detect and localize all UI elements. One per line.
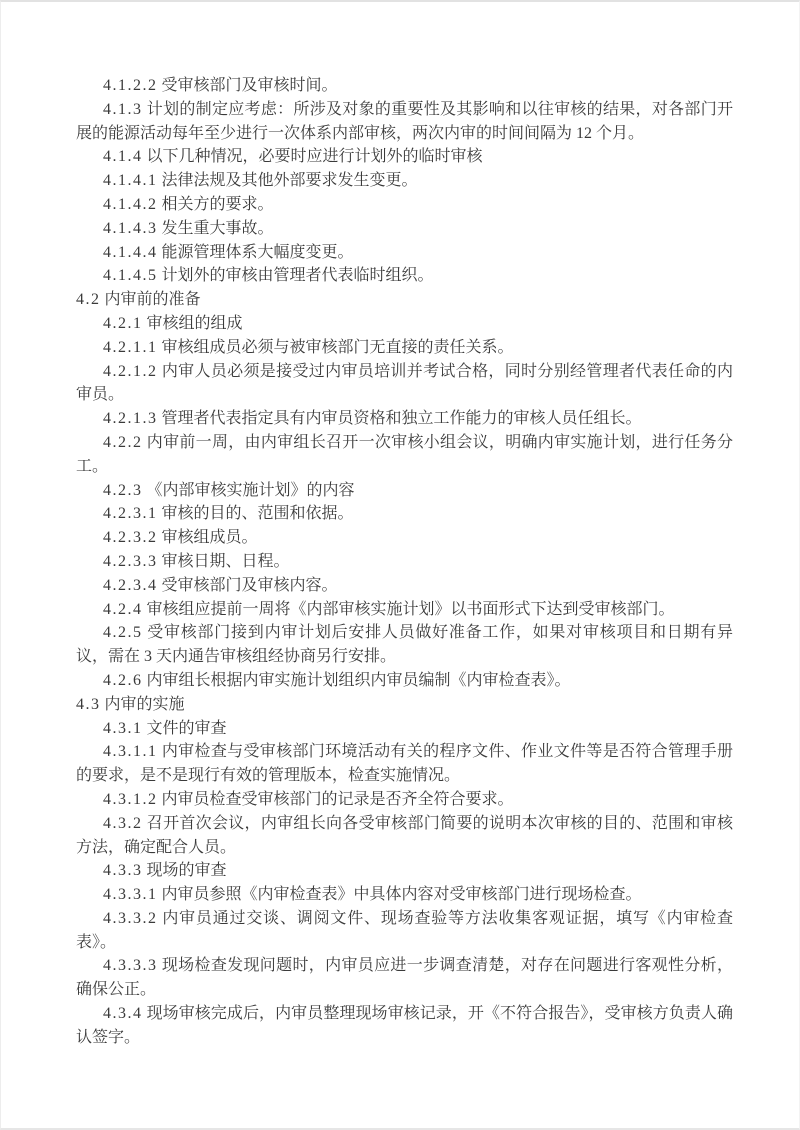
clause-paragraph-4.2.6: 4.2.6 内审组长根据内审实施计划组织内审员编制《内审检查表》。	[76, 669, 733, 693]
clause-text: 文件的审查	[147, 720, 227, 737]
clause-paragraph-4.3.1.2: 4.3.1.2 内审员检查受审核部门的记录是否齐全符合要求。	[76, 788, 733, 812]
clause-text: 现场审核完成后，内审员整理现场审核记录，开《不符合报告》，受审核方负责人确认签字…	[76, 1005, 733, 1046]
clause-paragraph-4.2.1: 4.2.1 审核组的组成	[76, 312, 733, 336]
clause-text: 内审人员必须是接受过内审员培训并考试合格，同时分别经管理者代表任命的内审员。	[76, 363, 733, 404]
clause-text: 现场检查发现问题时，内审员应进一步调查清楚，对存在问题进行客观性分析，确保公正。	[76, 957, 733, 998]
clause-text: 内审检查与受审核部门环境活动有关的程序文件、作业文件等是否符合管理手册的要求，是…	[76, 743, 733, 784]
clause-paragraph-4.3.3.2: 4.3.3.2 内审员通过交谈、调阅文件、现场查验等方法收集客观证据，填写《内审…	[76, 907, 733, 955]
clause-number: 4.1.4.5	[103, 267, 158, 284]
clause-number: 4.2.3	[103, 482, 143, 499]
clause-number: 4.2	[76, 291, 101, 308]
clause-number: 4.2.5	[103, 624, 143, 641]
clause-number: 4.3.4	[103, 1005, 143, 1022]
clause-text: 计划外的审核由管理者代表临时组织。	[162, 267, 434, 284]
clause-text: 内审员检查受审核部门的记录是否齐全符合要求。	[162, 791, 514, 808]
clause-paragraph-4.1.2.2: 4.1.2.2 受审核部门及审核时间。	[76, 74, 733, 98]
clause-text: 法律法规及其他外部要求发生变更。	[162, 172, 418, 189]
clause-text: 审核组的组成	[147, 315, 243, 332]
clause-text: 召开首次会议，内审组长向各受审核部门简要的说明本次审核的目的、范围和审核方法，确…	[76, 815, 733, 856]
clause-text: 审核组应提前一周将《内部审核实施计划》以书面形式下达到受审核部门。	[147, 601, 675, 618]
clause-number: 4.2.3.3	[103, 553, 158, 570]
clause-number: 4.3.1	[103, 720, 143, 737]
clause-paragraph-4.2.3.1: 4.2.3.1 审核的目的、范围和依据。	[76, 502, 733, 526]
clause-number: 4.1.2.2	[103, 77, 158, 94]
clause-text: 以下几种情况，必要时应进行计划外的临时审核	[147, 148, 483, 165]
clause-paragraph-4.3.4: 4.3.4 现场审核完成后，内审员整理现场审核记录，开《不符合报告》，受审核方负…	[76, 1002, 733, 1050]
document-body: 4.1.2.2 受审核部门及审核时间。4.1.3 计划的制定应考虑：所涉及对象的…	[1, 2, 799, 1050]
clause-paragraph-4.2.3.2: 4.2.3.2 审核组成员。	[76, 526, 733, 550]
clause-paragraph-4.1.4.3: 4.1.4.3 发生重大事故。	[76, 217, 733, 241]
clause-text: 受审核部门接到内审计划后安排人员做好准备工作，如果对审核项目和日期有异议，需在 …	[76, 624, 733, 665]
clause-text: 内审组长根据内审实施计划组织内审员编制《内审检查表》。	[147, 672, 571, 689]
clause-text: 审核组成员必须与被审核部门无直接的责任关系。	[162, 339, 514, 356]
clause-paragraph-4.3.3: 4.3.3 现场的审查	[76, 859, 733, 883]
clause-text: 发生重大事故。	[162, 220, 274, 237]
clause-number: 4.3.3.1	[103, 886, 158, 903]
clause-text: 相关方的要求。	[162, 196, 274, 213]
clause-number: 4.2.3.1	[103, 505, 158, 522]
clause-text: 受审核部门及审核时间。	[162, 77, 338, 94]
clause-paragraph-4.1.4.1: 4.1.4.1 法律法规及其他外部要求发生变更。	[76, 169, 733, 193]
clause-text: 审核的目的、范围和依据。	[162, 505, 354, 522]
clause-number: 4.2.3.2	[103, 529, 158, 546]
clause-text: 管理者代表指定具有内审员资格和独立工作能力的审核人员任组长。	[162, 410, 642, 427]
clause-text: 审核日期、日程。	[162, 553, 290, 570]
document-page: 4.1.2.2 受审核部门及审核时间。4.1.3 计划的制定应考虑：所涉及对象的…	[0, 0, 800, 1130]
clause-paragraph-4.2.5: 4.2.5 受审核部门接到内审计划后安排人员做好准备工作，如果对审核项目和日期有…	[76, 621, 733, 669]
clause-text: 内审前的准备	[105, 291, 201, 308]
clause-paragraph-4.3.1: 4.3.1 文件的审查	[76, 717, 733, 741]
clause-paragraph-4.3.2: 4.3.2 召开首次会议，内审组长向各受审核部门简要的说明本次审核的目的、范围和…	[76, 812, 733, 860]
clause-paragraph-4.1.4.2: 4.1.4.2 相关方的要求。	[76, 193, 733, 217]
clause-paragraph-4.2.2: 4.2.2 内审前一周，由内审组长召开一次审核小组会议，明确内审实施计划，进行任…	[76, 431, 733, 479]
clause-paragraph-4.1.4.4: 4.1.4.4 能源管理体系大幅度变更。	[76, 241, 733, 265]
clause-paragraph-4.3.3.1: 4.3.3.1 内审员参照《内审检查表》中具体内容对受审核部门进行现场检查。	[76, 883, 733, 907]
clause-number: 4.2.1.2	[103, 363, 158, 380]
clause-paragraph-4.2.3.3: 4.2.3.3 审核日期、日程。	[76, 550, 733, 574]
clause-text: 内审员通过交谈、调阅文件、现场查验等方法收集客观证据，填写《内审检查表》。	[76, 910, 733, 951]
clause-number: 4.3.1.2	[103, 791, 158, 808]
clause-paragraph-4.2.4: 4.2.4 审核组应提前一周将《内部审核实施计划》以书面形式下达到受审核部门。	[76, 598, 733, 622]
clause-number: 4.1.3	[103, 101, 143, 118]
clause-text: 内审员参照《内审检查表》中具体内容对受审核部门进行现场检查。	[162, 886, 642, 903]
clause-paragraph-4.3.1.1: 4.3.1.1 内审检查与受审核部门环境活动有关的程序文件、作业文件等是否符合管…	[76, 740, 733, 788]
clause-number: 4.2.1.1	[103, 339, 158, 356]
clause-paragraph-4.3.3.3: 4.3.3.3 现场检查发现问题时，内审员应进一步调查清楚，对存在问题进行客观性…	[76, 954, 733, 1002]
clause-paragraph-4.3: 4.3 内审的实施	[76, 693, 733, 717]
clause-number: 4.1.4.4	[103, 244, 158, 261]
clause-text: 能源管理体系大幅度变更。	[162, 244, 354, 261]
clause-number: 4.2.3.4	[103, 577, 158, 594]
clause-number: 4.2.1	[103, 315, 143, 332]
clause-number: 4.1.4.3	[103, 220, 158, 237]
clause-paragraph-4.2: 4.2 内审前的准备	[76, 288, 733, 312]
clause-text: 受审核部门及审核内容。	[162, 577, 338, 594]
clause-text: 内审的实施	[105, 696, 185, 713]
clause-number: 4.2.1.3	[103, 410, 158, 427]
clause-text: 现场的审查	[147, 862, 227, 879]
clause-paragraph-4.2.3: 4.2.3 《内部审核实施计划》的内容	[76, 479, 733, 503]
clause-text: 审核组成员。	[162, 529, 258, 546]
clause-paragraph-4.1.3: 4.1.3 计划的制定应考虑：所涉及对象的重要性及其影响和以往审核的结果，对各部…	[76, 98, 733, 146]
clause-number: 4.1.4	[103, 148, 143, 165]
clause-number: 4.2.2	[103, 434, 143, 451]
clause-number: 4.3.3.2	[103, 910, 158, 927]
clause-number: 4.3	[76, 696, 101, 713]
clause-paragraph-4.1.4.5: 4.1.4.5 计划外的审核由管理者代表临时组织。	[76, 264, 733, 288]
clause-text: 《内部审核实施计划》的内容	[147, 482, 355, 499]
clause-paragraph-4.1.4: 4.1.4 以下几种情况，必要时应进行计划外的临时审核	[76, 145, 733, 169]
clause-number: 4.2.6	[103, 672, 143, 689]
clause-paragraph-4.2.1.2: 4.2.1.2 内审人员必须是接受过内审员培训并考试合格，同时分别经管理者代表任…	[76, 360, 733, 408]
clause-number: 4.3.3.3	[103, 957, 158, 974]
clause-paragraph-4.2.1.1: 4.2.1.1 审核组成员必须与被审核部门无直接的责任关系。	[76, 336, 733, 360]
clause-number: 4.3.1.1	[103, 743, 158, 760]
clause-paragraph-4.2.1.3: 4.2.1.3 管理者代表指定具有内审员资格和独立工作能力的审核人员任组长。	[76, 407, 733, 431]
clause-number: 4.1.4.1	[103, 172, 158, 189]
clause-number: 4.1.4.2	[103, 196, 158, 213]
clause-paragraph-4.2.3.4: 4.2.3.4 受审核部门及审核内容。	[76, 574, 733, 598]
clause-text: 计划的制定应考虑：所涉及对象的重要性及其影响和以往审核的结果，对各部门开展的能源…	[76, 101, 733, 142]
clause-text: 内审前一周，由内审组长召开一次审核小组会议，明确内审实施计划，进行任务分工。	[76, 434, 733, 475]
clause-number: 4.3.2	[103, 815, 143, 832]
clause-number: 4.2.4	[103, 601, 143, 618]
clause-number: 4.3.3	[103, 862, 143, 879]
